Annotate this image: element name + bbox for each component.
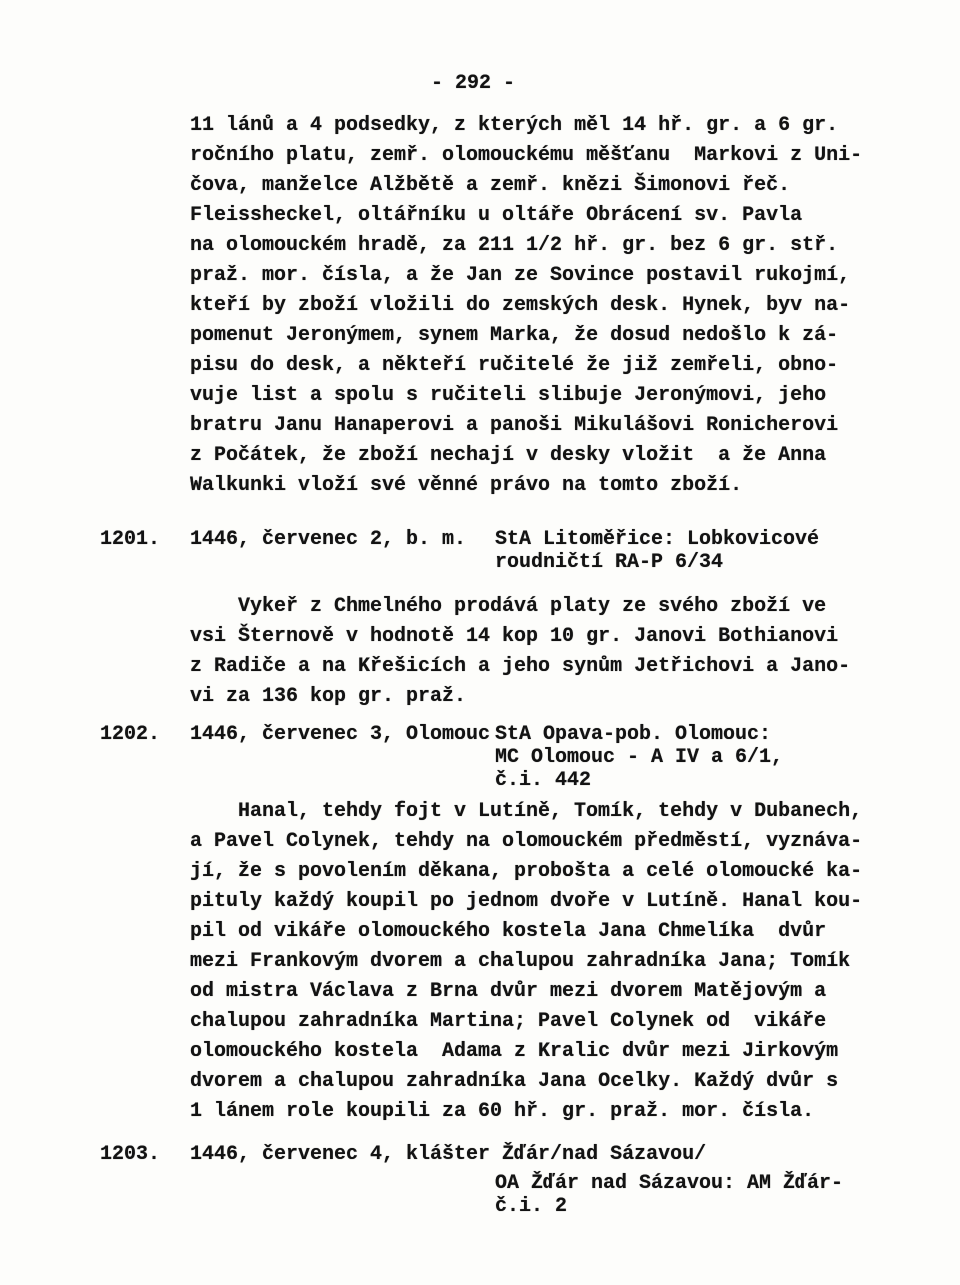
text-line: pituly každý koupil po jednom dvoře v Lu… [190,887,890,917]
source-line: StA Opava-pob. Olomouc: [495,723,783,746]
text-line: Vykeř z Chmelného prodává platy ze svého… [190,592,890,622]
source-line: MC Olomouc - A IV a 6/1, [495,746,783,769]
text-line: praž. mor. čísla, a že Jan ze Sovince po… [190,261,890,291]
text-line: vuje list a spolu s ručiteli slibuje Jer… [190,381,890,411]
entry-date-place: 1446, červenec 2, b. m. [190,528,466,552]
text-line: Hanal, tehdy fojt v Lutíně, Tomík, tehdy… [190,797,890,827]
entry-number: 1202. [100,723,160,747]
text-line: Fleissheckel, oltářníku u oltáře Obrácen… [190,201,890,231]
entry-date-place: 1446, červenec 3, Olomouc [190,723,490,747]
text-line: kteří by zboží vložili do zemských desk.… [190,291,890,321]
text-line: pisu do desk, a někteří ručitelé že již … [190,351,890,381]
entry-number: 1201. [100,528,160,552]
text-line: dvorem a chalupou zahradníka Jana Ocelky… [190,1067,890,1097]
text-line: od mistra Václava z Brna dvůr mezi dvore… [190,977,890,1007]
scanned-document-page: - 292 - 11 lánů a 4 podsedky, z kterých … [0,0,960,1285]
text-line: vsi Šternově v hodnotě 14 kop 10 gr. Jan… [190,622,890,652]
text-line: chalupou zahradníka Martina; Pavel Colyn… [190,1007,890,1037]
text-line: bratru Janu Hanaperovi a panoši Mikulášo… [190,411,890,441]
text-line: čova, manželce Alžbětě a zemř. knězi Šim… [190,171,890,201]
source-line: č.i. 442 [495,769,783,792]
entry-source-citation: OA Žďár nad Sázavou: AM Žďár- č.i. 2 [495,1172,843,1218]
text-line: 1 lánem role koupili za 60 hř. gr. praž.… [190,1097,890,1127]
text-line: ročního platu, zemř. olomouckému měšťanu… [190,141,890,171]
entry-body: Vykeř z Chmelného prodává platy ze svého… [190,592,890,712]
text-line: pomenut Jeronýmem, synem Marka, že dosud… [190,321,890,351]
entry-source-citation: StA Litoměřice: Lobkovicové roudničtí RA… [495,528,819,574]
text-line: Walkunki vloží své věnné právo na tomto … [190,471,890,501]
text-line: 11 lánů a 4 podsedky, z kterých měl 14 h… [190,111,890,141]
text-line: a Pavel Colynek, tehdy na olomouckém pře… [190,827,890,857]
source-line: roudničtí RA-P 6/34 [495,551,819,574]
text-line: z Radiče a na Křešicích a jeho synům Jet… [190,652,890,682]
text-line: mezi Frankovým dvorem a chalupou zahradn… [190,947,890,977]
text-line: jí, že s povolením děkana, probošta a ce… [190,857,890,887]
text-line: olomouckého kostela Adama z Kralic dvůr … [190,1037,890,1067]
text-line: vi za 136 kop gr. praž. [190,682,890,712]
entry-source-citation: StA Opava-pob. Olomouc: MC Olomouc - A I… [495,723,783,792]
page-number: - 292 - [0,72,946,96]
continuation-paragraph: 11 lánů a 4 podsedky, z kterých měl 14 h… [190,111,890,501]
entry-number: 1203. [100,1143,160,1167]
source-line: StA Litoměřice: Lobkovicové [495,528,819,551]
text-line: na olomouckém hradě, za 211 1/2 hř. gr. … [190,231,890,261]
source-line: č.i. 2 [495,1195,843,1218]
entry-body: Hanal, tehdy fojt v Lutíně, Tomík, tehdy… [190,797,890,1127]
entry-date-place: 1446, červenec 4, klášter Žďár/nad Sázav… [190,1143,706,1167]
text-line: z Počátek, že zboží nechají v desky vlož… [190,441,890,471]
source-line: OA Žďár nad Sázavou: AM Žďár- [495,1172,843,1195]
text-line: pil od vikáře olomouckého kostela Jana C… [190,917,890,947]
